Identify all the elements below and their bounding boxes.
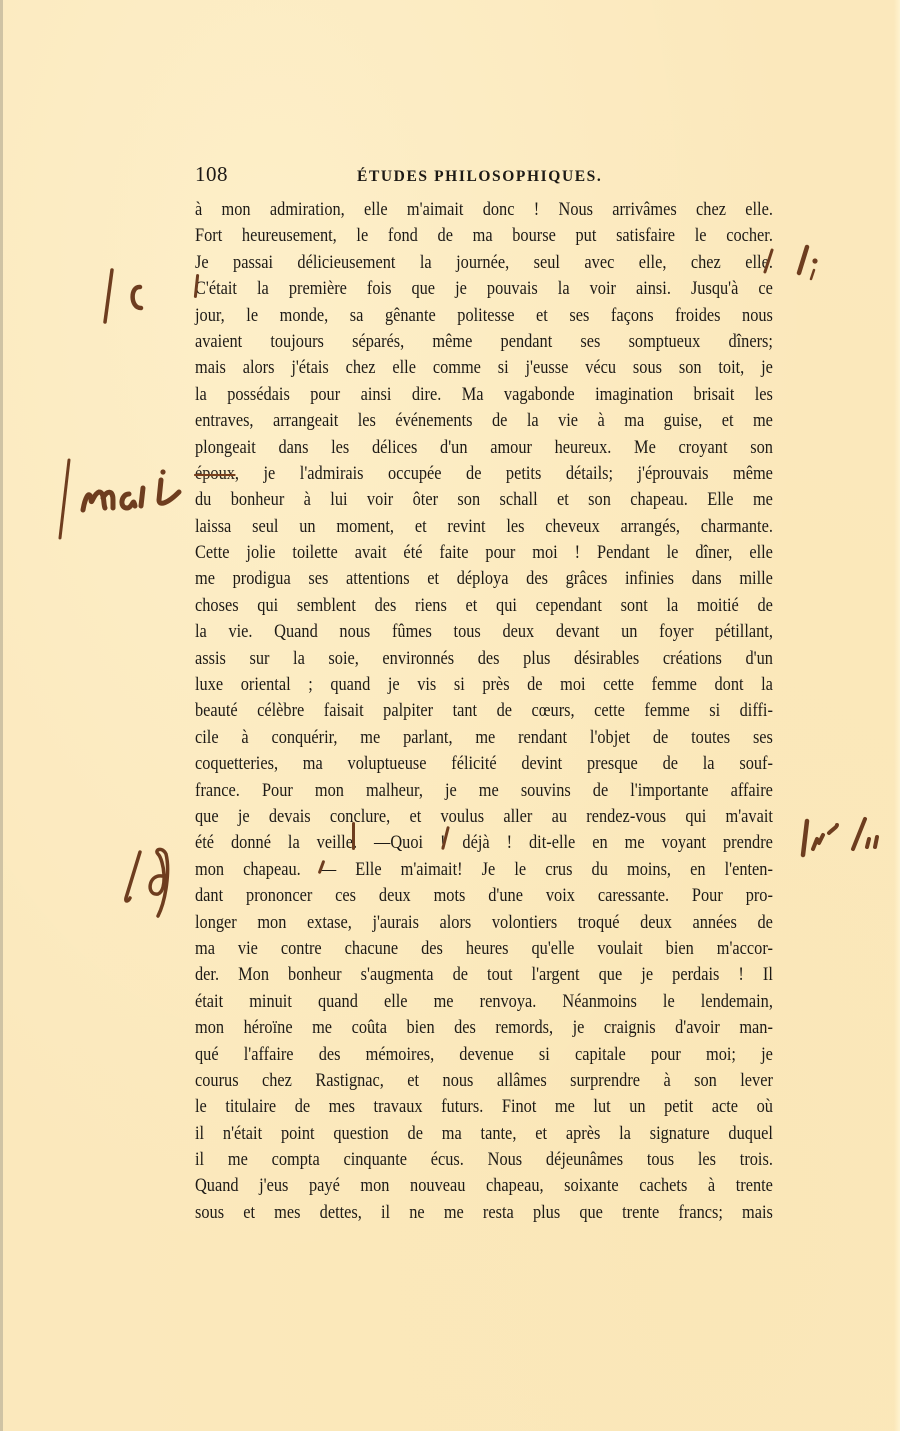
margin-mark-lowercase-c-icon (100, 262, 160, 332)
text-line: sous et mes dettes, il ne me resta plus … (195, 1200, 773, 1226)
text-line: qué l'affaire des mémoires, devenue si c… (195, 1042, 773, 1068)
text-line: cile à conquérir, me parlant, me rendant… (195, 725, 773, 751)
text-line: der. Mon bonheur s'augmenta de tout l'ar… (195, 962, 773, 988)
text-line: C'était la première fois que je pouvais … (195, 276, 773, 302)
text-line: été donné la veille. —Quoi ! déjà ! dit-… (195, 830, 773, 856)
text-line: Fort heureusement, le fond de ma bourse … (195, 223, 773, 249)
text-line: la possédais pour ainsi dire. Ma vagabon… (195, 382, 773, 408)
text-line: longer mon extase, j'aurais alors volont… (195, 910, 773, 936)
text-line: mais alors j'étais chez elle comme si j'… (195, 355, 773, 381)
margin-mark-quotes-icon (795, 815, 890, 870)
text-line: plongeait dans les délices d'un amour he… (195, 435, 773, 461)
text-line: était minuit quand elle me renvoya. Néan… (195, 989, 773, 1015)
text-line: france. Pour mon malheur, je me souvins … (195, 778, 773, 804)
text-line: à mon admiration, elle m'aimait donc ! N… (195, 197, 773, 223)
text-line: Je passai délicieusement la journée, seu… (195, 250, 773, 276)
text-line: Quand j'eus payé mon nouveau chapeau, so… (195, 1173, 773, 1199)
running-header: 108 ÉTUDES PHILOSOPHIQUES. (195, 160, 773, 188)
text-line: la vie. Quand nous fûmes tous deux devan… (195, 619, 773, 645)
text-line: ma vie contre chacune des heures qu'elle… (195, 936, 773, 962)
text-line: assis sur la soie, environnés des plus d… (195, 646, 773, 672)
text-line: du bonheur à lui voir ôter son schall et… (195, 487, 773, 513)
margin-mark-delete-icon (118, 840, 178, 920)
text-line: il n'était point question de ma tante, e… (195, 1121, 773, 1147)
text-line: laissa seul un moment, et revint les che… (195, 514, 773, 540)
text-line: mon héroïne me coûta bien des remords, j… (195, 1015, 773, 1041)
page-right-edge (894, 0, 900, 1431)
text-line: jour, le monde, sa gênante politesse et … (195, 303, 773, 329)
running-title: ÉTUDES PHILOSOPHIQUES. (357, 163, 602, 191)
text-line: entraves, arrangeait les événements de l… (195, 408, 773, 434)
text-line: Cette jolie toilette avait été faite pou… (195, 540, 773, 566)
margin-mark-semicolon-icon (795, 243, 835, 288)
text-line: courus chez Rastignac, et nous allâmes s… (195, 1068, 773, 1094)
text-line: beauté célèbre faisait palpiter tant de … (195, 698, 773, 724)
text-line: que je devais conclure, et voulus aller … (195, 804, 773, 830)
text-line: me prodigua ses attentions et déploya de… (195, 566, 773, 592)
page-number: 108 (195, 160, 228, 188)
text-line: coquetteries, ma voluptueuse félicité de… (195, 751, 773, 777)
struck-word: époux (195, 463, 235, 484)
text-line: luxe oriental ; quand je vis si près de … (195, 672, 773, 698)
book-page: 108 ÉTUDES PHILOSOPHIQUES. à mon admirat… (0, 0, 900, 1431)
text-line: dant prononcer ces deux mots d'une voix … (195, 883, 773, 909)
text-line: choses qui semblent des riens et qui cep… (195, 593, 773, 619)
text-line: il me compta cinquante écus. Nous déjeun… (195, 1147, 773, 1173)
text-line: mon chapeau. — Elle m'aimait! Je le crus… (195, 857, 773, 883)
margin-mark-mari-icon (55, 450, 195, 545)
text-line-with-strikethrough: époux, je l'admirais occupée de petits d… (195, 461, 773, 487)
page-left-edge (0, 0, 3, 1431)
line-rest: , je l'admirais occupée de petits détail… (235, 463, 773, 484)
inline-quote-open-mark (352, 822, 355, 850)
text-line: avaient toujours séparés, même pendant s… (195, 329, 773, 355)
text-line: le titulaire de mes travaux futurs. Fino… (195, 1094, 773, 1120)
body-text: à mon admiration, elle m'aimait donc ! N… (195, 197, 773, 1226)
